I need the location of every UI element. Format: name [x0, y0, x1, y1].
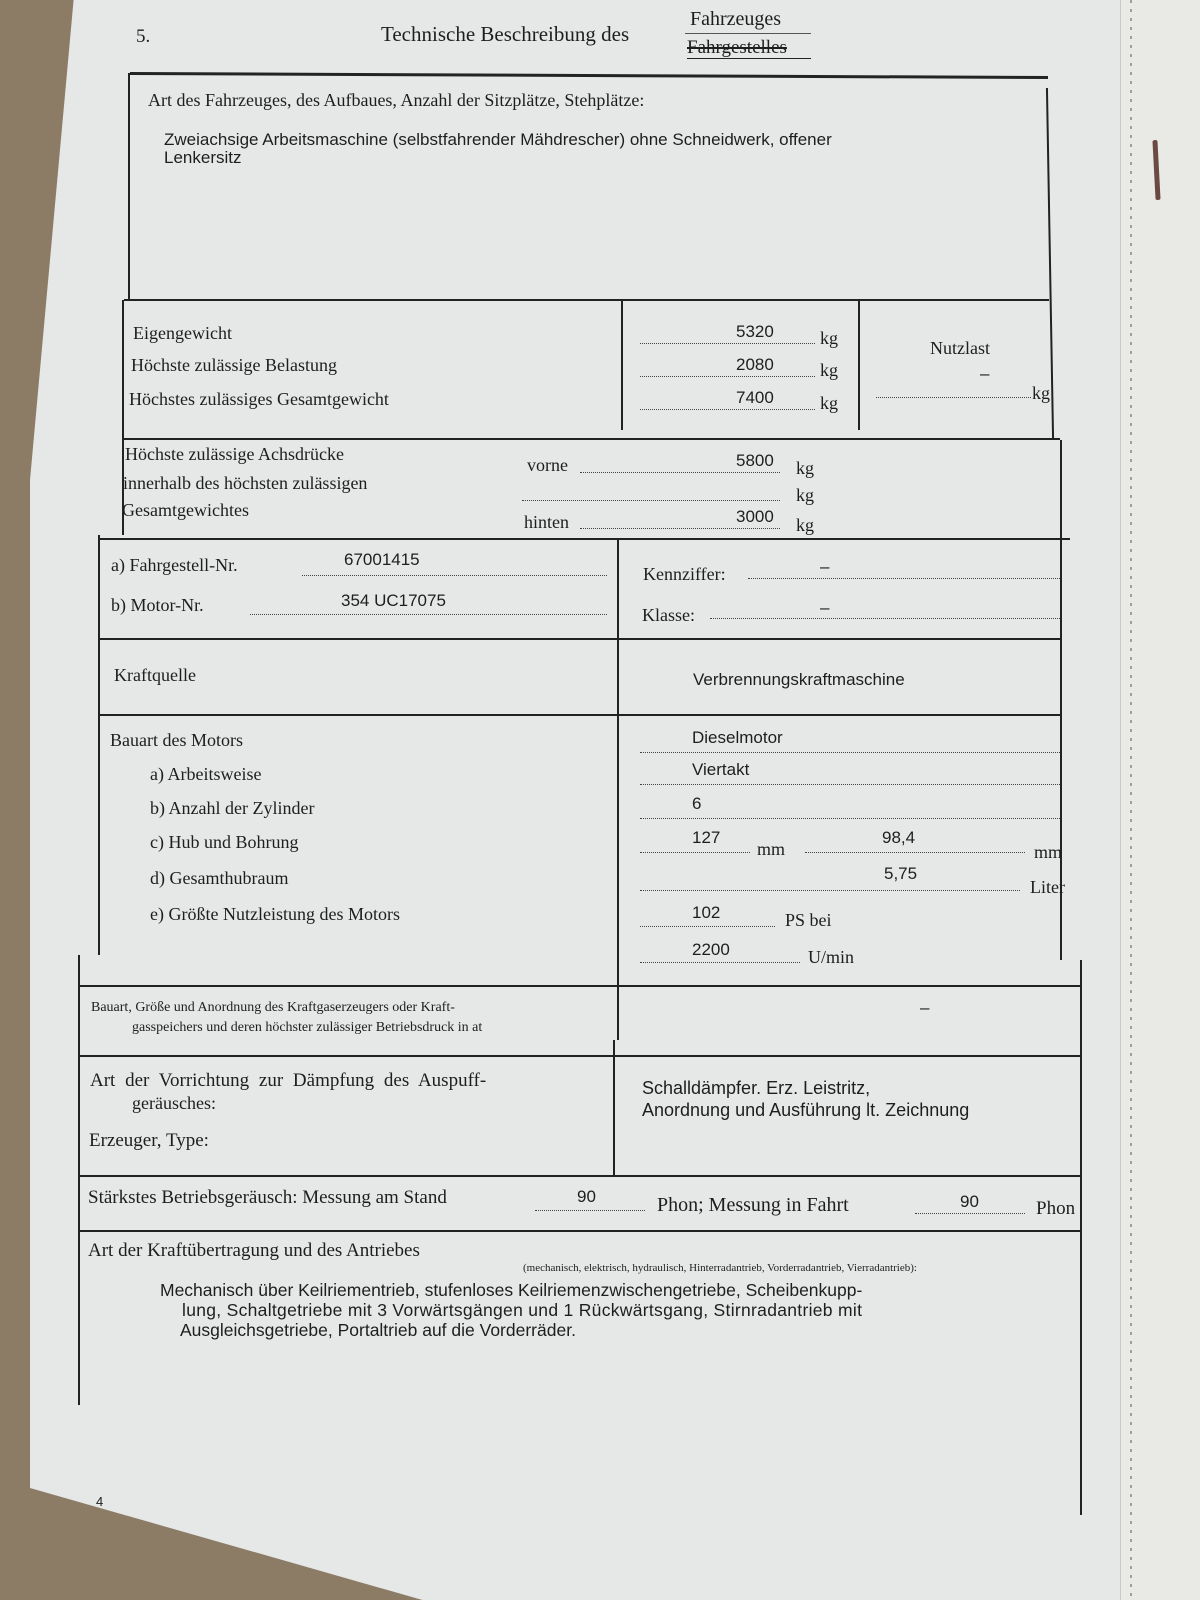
- page-number: 4: [96, 1494, 103, 1509]
- frame-left-4: [78, 955, 80, 1405]
- hub-value: 127: [692, 828, 720, 848]
- belastung-line: [640, 376, 815, 377]
- hub-line: [640, 852, 750, 853]
- rpm-line: [640, 962, 800, 963]
- engine-type-label: Bauart des Motors: [110, 730, 243, 751]
- kennziffer-line: [748, 578, 1060, 579]
- exhaust-manufacturer-label: Erzeuger, Type:: [89, 1130, 209, 1152]
- divider-4: [100, 638, 1060, 640]
- leistung-label: e) Größte Nutzleistung des Motors: [150, 904, 400, 925]
- hubraum-line: [640, 890, 1020, 891]
- transmission-value-line2: lung, Schaltgetriebe mit 3 Vorwärtsgänge…: [182, 1300, 862, 1321]
- bohrung-value: 98,4: [882, 828, 915, 848]
- vehicle-type-label: Art des Fahrzeuges, des Aufbaues, Anzahl…: [148, 90, 644, 111]
- divider-3: [100, 538, 1070, 540]
- divider-5: [100, 714, 1060, 716]
- adjacent-page: [1120, 0, 1200, 1600]
- eigengewicht-line: [640, 343, 815, 344]
- axle-front-line: [580, 472, 780, 473]
- power-source-label: Kraftquelle: [114, 665, 196, 686]
- axle-rear-value: 3000: [736, 507, 774, 527]
- nutzlast-label: Nutzlast: [930, 338, 990, 359]
- axle-front-value: 5800: [736, 451, 774, 471]
- kg-unit: kg: [796, 458, 814, 479]
- nutzlast-line: [876, 397, 1031, 398]
- gesamtgewicht-line: [640, 409, 815, 410]
- eigengewicht-value: 5320: [736, 322, 774, 342]
- axle-label-line3: Gesamtgewichtes: [122, 500, 249, 521]
- zylinder-value: 6: [692, 794, 701, 814]
- transmission-hint: (mechanisch, elektrisch, hydraulisch, Hi…: [523, 1262, 917, 1274]
- chassis-label: a) Fahrgestell-Nr.: [111, 555, 238, 576]
- kg-unit: kg: [820, 393, 838, 414]
- exhaust-label-line2: geräusches:: [132, 1093, 216, 1114]
- leistung-value: 102: [692, 903, 720, 923]
- klasse-line: [710, 618, 1060, 619]
- main-col-divider: [617, 540, 619, 1040]
- gas-generator-label-line1: Bauart, Größe und Anordnung des Kraftgas…: [91, 1000, 455, 1016]
- divider-9: [80, 1230, 1080, 1232]
- divider-7: [80, 1055, 1080, 1057]
- gesamtgewicht-value: 7400: [736, 388, 774, 408]
- engine-type-line: [640, 752, 1060, 753]
- arbeitsweise-value: Viertakt: [692, 760, 749, 780]
- weights-col-divider-2: [858, 300, 860, 430]
- engine-type-value: Dieselmotor: [692, 728, 783, 748]
- noise-unit: Phon: [1036, 1198, 1075, 1220]
- divider-8: [80, 1175, 1080, 1177]
- title-option-fahrzeuges: Fahrzeuges: [690, 8, 781, 31]
- hubraum-value: 5,75: [884, 864, 917, 884]
- noise-middle-label: Phon; Messung in Fahrt: [657, 1194, 849, 1217]
- mm-unit: mm: [1034, 842, 1062, 863]
- kennziffer-label: Kennziffer:: [643, 564, 726, 585]
- rpm-unit: U/min: [808, 947, 854, 968]
- axle-rear-label: hinten: [524, 512, 569, 533]
- page-title: Technische Beschreibung des: [381, 22, 629, 47]
- gas-generator-value: –: [920, 998, 929, 1018]
- gas-generator-label-line2: gasspeichers und deren höchster zulässig…: [132, 1020, 482, 1036]
- axle-front-label: vorne: [527, 455, 568, 476]
- nutzlast-value: –: [980, 364, 989, 384]
- frame-left-1: [128, 73, 130, 301]
- transmission-value-line3: Ausgleichsgetriebe, Portaltrieb auf die …: [180, 1320, 576, 1341]
- liter-unit: Liter: [1030, 877, 1065, 898]
- motor-nr-line: [250, 614, 607, 615]
- motor-nr-label: b) Motor-Nr.: [111, 595, 204, 616]
- noise-fahrt-value: 90: [960, 1192, 979, 1212]
- axle-rear-line: [580, 528, 780, 529]
- klasse-value: –: [820, 598, 829, 618]
- weights-col-divider-1: [621, 300, 623, 430]
- belastung-label: Höchste zulässige Belastung: [131, 355, 337, 376]
- divider-6: [80, 985, 1080, 987]
- title-option-fahrgestelles-struck: Fahrgestelles: [687, 37, 787, 59]
- mm-unit: mm: [757, 839, 785, 860]
- klasse-label: Klasse:: [642, 605, 695, 626]
- arbeitsweise-label: a) Arbeitsweise: [150, 764, 261, 785]
- ps-unit: PS bei: [785, 910, 832, 931]
- noise-label: Stärkstes Betriebsgeräusch: Messung am S…: [88, 1187, 447, 1209]
- noise-stand-value: 90: [577, 1187, 596, 1207]
- exhaust-value-line2: Anordnung und Ausführung lt. Zeichnung: [642, 1100, 969, 1121]
- bohrung-line: [805, 852, 1025, 853]
- title-underline: [687, 58, 811, 59]
- kg-unit: kg: [820, 360, 838, 381]
- transmission-label: Art der Kraftübertragung und des Antrieb…: [88, 1240, 420, 1262]
- zylinder-label: b) Anzahl der Zylinder: [150, 798, 314, 819]
- noise-stand-line: [535, 1210, 645, 1211]
- leistung-line: [640, 926, 775, 927]
- kg-unit: kg: [820, 328, 838, 349]
- motor-nr-value: 354 UC17075: [341, 591, 446, 611]
- vehicle-type-value-line1: Zweiachsige Arbeitsmaschine (selbstfahre…: [164, 130, 832, 150]
- transmission-value-line1: Mechanisch über Keilriementrieb, stufenl…: [160, 1280, 862, 1301]
- main-col-divider-lower: [613, 1040, 615, 1175]
- power-source-value: Verbrennungskraftmaschine: [693, 670, 905, 690]
- axle-label-line1: Höchste zulässige Achsdrücke: [125, 444, 344, 465]
- hub-bohrung-label: c) Hub und Bohrung: [150, 832, 298, 853]
- divider-1: [124, 299, 1049, 301]
- title-fraction-line: [685, 33, 811, 34]
- chassis-value: 67001415: [344, 550, 420, 570]
- gesamtgewicht-label: Höchstes zulässiges Gesamtgewicht: [129, 389, 389, 410]
- kg-unit: kg: [1032, 383, 1050, 404]
- belastung-value: 2080: [736, 355, 774, 375]
- rpm-value: 2200: [692, 940, 730, 960]
- zylinder-line: [640, 818, 1060, 819]
- kennziffer-value: –: [820, 557, 829, 577]
- divider-2: [122, 438, 1060, 440]
- axle-middle-line: [522, 500, 780, 501]
- arbeitsweise-line: [640, 784, 1060, 785]
- frame-right-3: [1080, 960, 1082, 1515]
- hubraum-label: d) Gesamthubraum: [150, 868, 288, 889]
- page-crease: [1130, 0, 1132, 1600]
- exhaust-label-line1: Art der Vorrichtung zur Dämpfung des Aus…: [90, 1070, 486, 1092]
- kg-unit: kg: [796, 515, 814, 536]
- kg-unit: kg: [796, 485, 814, 506]
- exhaust-value-line1: Schalldämpfer. Erz. Leistritz,: [642, 1078, 870, 1099]
- chassis-line: [302, 575, 607, 576]
- axle-label-line2: innerhalb des höchsten zulässigen: [123, 473, 367, 494]
- section-number: 5.: [136, 26, 150, 48]
- noise-fahrt-line: [915, 1213, 1025, 1214]
- frame-left-3: [98, 535, 100, 955]
- vehicle-type-value-line2: Lenkersitz: [164, 148, 241, 168]
- eigengewicht-label: Eigengewicht: [133, 323, 232, 344]
